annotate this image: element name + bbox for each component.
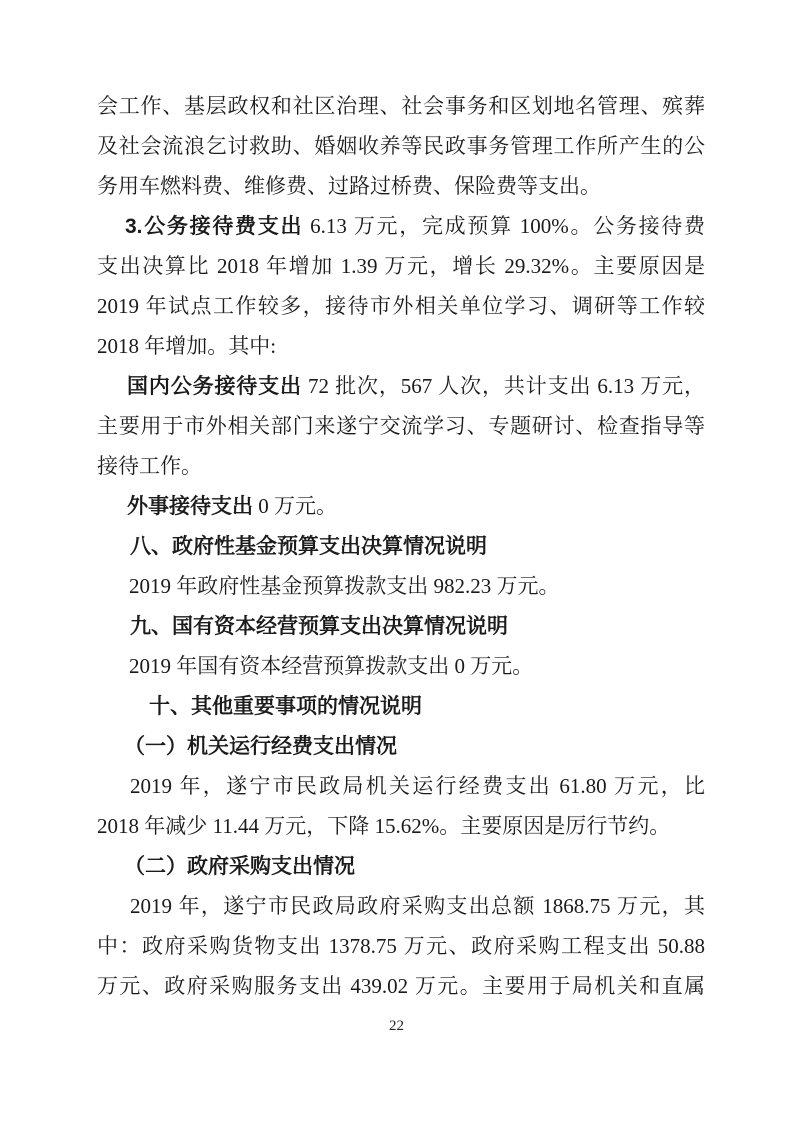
text-run: 2018 年减少 11.44 万元，下降 15.62%。主要原因是厉行节约。 (97, 814, 670, 838)
text-line: 国内公务接待支出 72 批次，567 人次，共计支出 6.13 万元， (97, 366, 705, 406)
text-run: 支出决算比 2018 年增加 1.39 万元，增长 29.32%。主要原因是 (97, 254, 705, 278)
text-line: （一）机关运行经费支出情况 (97, 726, 705, 766)
text-run: 2018 年增加。其中: (97, 334, 276, 358)
text-line: 2018 年减少 11.44 万元，下降 15.62%。主要原因是厉行节约。 (97, 806, 705, 846)
text-run: 2019 年国有资本经营预算拨款支出 0 万元。 (129, 654, 533, 678)
text-run: 务用车燃料费、维修费、过路过桥费、保险费等支出。 (97, 174, 601, 198)
bold-text-run: 3.公务接待费支出 (125, 215, 303, 238)
bold-text-run: （一）机关运行经费支出情况 (124, 735, 397, 758)
text-line: 外事接待支出 0 万元。 (97, 486, 705, 526)
bold-text-run: 国内公务接待支出 (127, 375, 302, 398)
text-line: 3.公务接待费支出 6.13 万元，完成预算 100%。公务接待费 (97, 206, 705, 246)
bold-text-run: （二）政府采购支出情况 (124, 855, 355, 878)
text-line: 万元、政府采购服务支出 439.02 万元。主要用于局机关和直属 (97, 966, 705, 1006)
text-run: 72 批次，567 人次，共计支出 6.13 万元， (302, 374, 705, 398)
text-line: 支出决算比 2018 年增加 1.39 万元，增长 29.32%。主要原因是 (97, 246, 705, 286)
text-line: 十、其他重要事项的情况说明 (97, 686, 705, 726)
text-run: 及社会流浪乞讨救助、婚姻收养等民政事务管理工作所产生的公 (97, 134, 705, 158)
text-line: 2019 年，遂宁市民政局政府采购支出总额 1868.75 万元，其 (97, 886, 705, 926)
text-run: 2019 年政府性基金预算拨款支出 982.23 万元。 (129, 574, 560, 598)
text-line: 会工作、基层政权和社区治理、社会事务和区划地名管理、殡葬 (97, 86, 705, 126)
text-line: 2019 年试点工作较多，接待市外相关单位学习、调研等工作较 (97, 286, 705, 326)
text-line: 2019 年，遂宁市民政局机关运行经费支出 61.80 万元，比 (97, 766, 705, 806)
text-run: 万元、政府采购服务支出 439.02 万元。主要用于局机关和直属 (97, 974, 705, 998)
bold-text-run: 九、国有资本经营预算支出决算情况说明 (130, 615, 508, 638)
text-run: 6.13 万元，完成预算 100%。公务接待费 (303, 214, 705, 238)
text-run: 0 万元。 (253, 494, 337, 518)
text-line: 2019 年国有资本经营预算拨款支出 0 万元。 (97, 646, 705, 686)
text-run: 接待工作。 (97, 454, 202, 478)
bold-text-run: 八、政府性基金预算支出决算情况说明 (130, 535, 487, 558)
document-body: 会工作、基层政权和社区治理、社会事务和区划地名管理、殡葬及社会流浪乞讨救助、婚姻… (97, 86, 705, 1006)
text-line: 及社会流浪乞讨救助、婚姻收养等民政事务管理工作所产生的公 (97, 126, 705, 166)
text-line: 2019 年政府性基金预算拨款支出 982.23 万元。 (97, 566, 705, 606)
text-line: 八、政府性基金预算支出决算情况说明 (97, 526, 705, 566)
text-run: 会工作、基层政权和社区治理、社会事务和区划地名管理、殡葬 (97, 94, 705, 118)
text-line: 接待工作。 (97, 446, 705, 486)
text-run: 2019 年，遂宁市民政局政府采购支出总额 1868.75 万元，其 (130, 894, 705, 918)
text-run: 2019 年，遂宁市民政局机关运行经费支出 61.80 万元，比 (130, 774, 705, 798)
text-line: 主要用于市外相关部门来遂宁交流学习、专题研讨、检查指导等 (97, 406, 705, 446)
text-run: 2019 年试点工作较多，接待市外相关单位学习、调研等工作较 (97, 294, 705, 318)
text-run: 主要用于市外相关部门来遂宁交流学习、专题研讨、检查指导等 (97, 414, 705, 438)
text-line: 务用车燃料费、维修费、过路过桥费、保险费等支出。 (97, 166, 705, 206)
bold-text-run: 十、其他重要事项的情况说明 (149, 695, 422, 718)
page-number: 22 (0, 1018, 793, 1035)
text-run: 中：政府采购货物支出 1378.75 万元、政府采购工程支出 50.88 (97, 934, 705, 958)
text-line: 2018 年增加。其中: (97, 326, 705, 366)
text-line: （二）政府采购支出情况 (97, 846, 705, 886)
bold-text-run: 外事接待支出 (127, 495, 253, 518)
text-line: 中：政府采购货物支出 1378.75 万元、政府采购工程支出 50.88 (97, 926, 705, 966)
document-page: 会工作、基层政权和社区治理、社会事务和区划地名管理、殡葬及社会流浪乞讨救助、婚姻… (0, 0, 793, 1122)
text-line: 九、国有资本经营预算支出决算情况说明 (97, 606, 705, 646)
